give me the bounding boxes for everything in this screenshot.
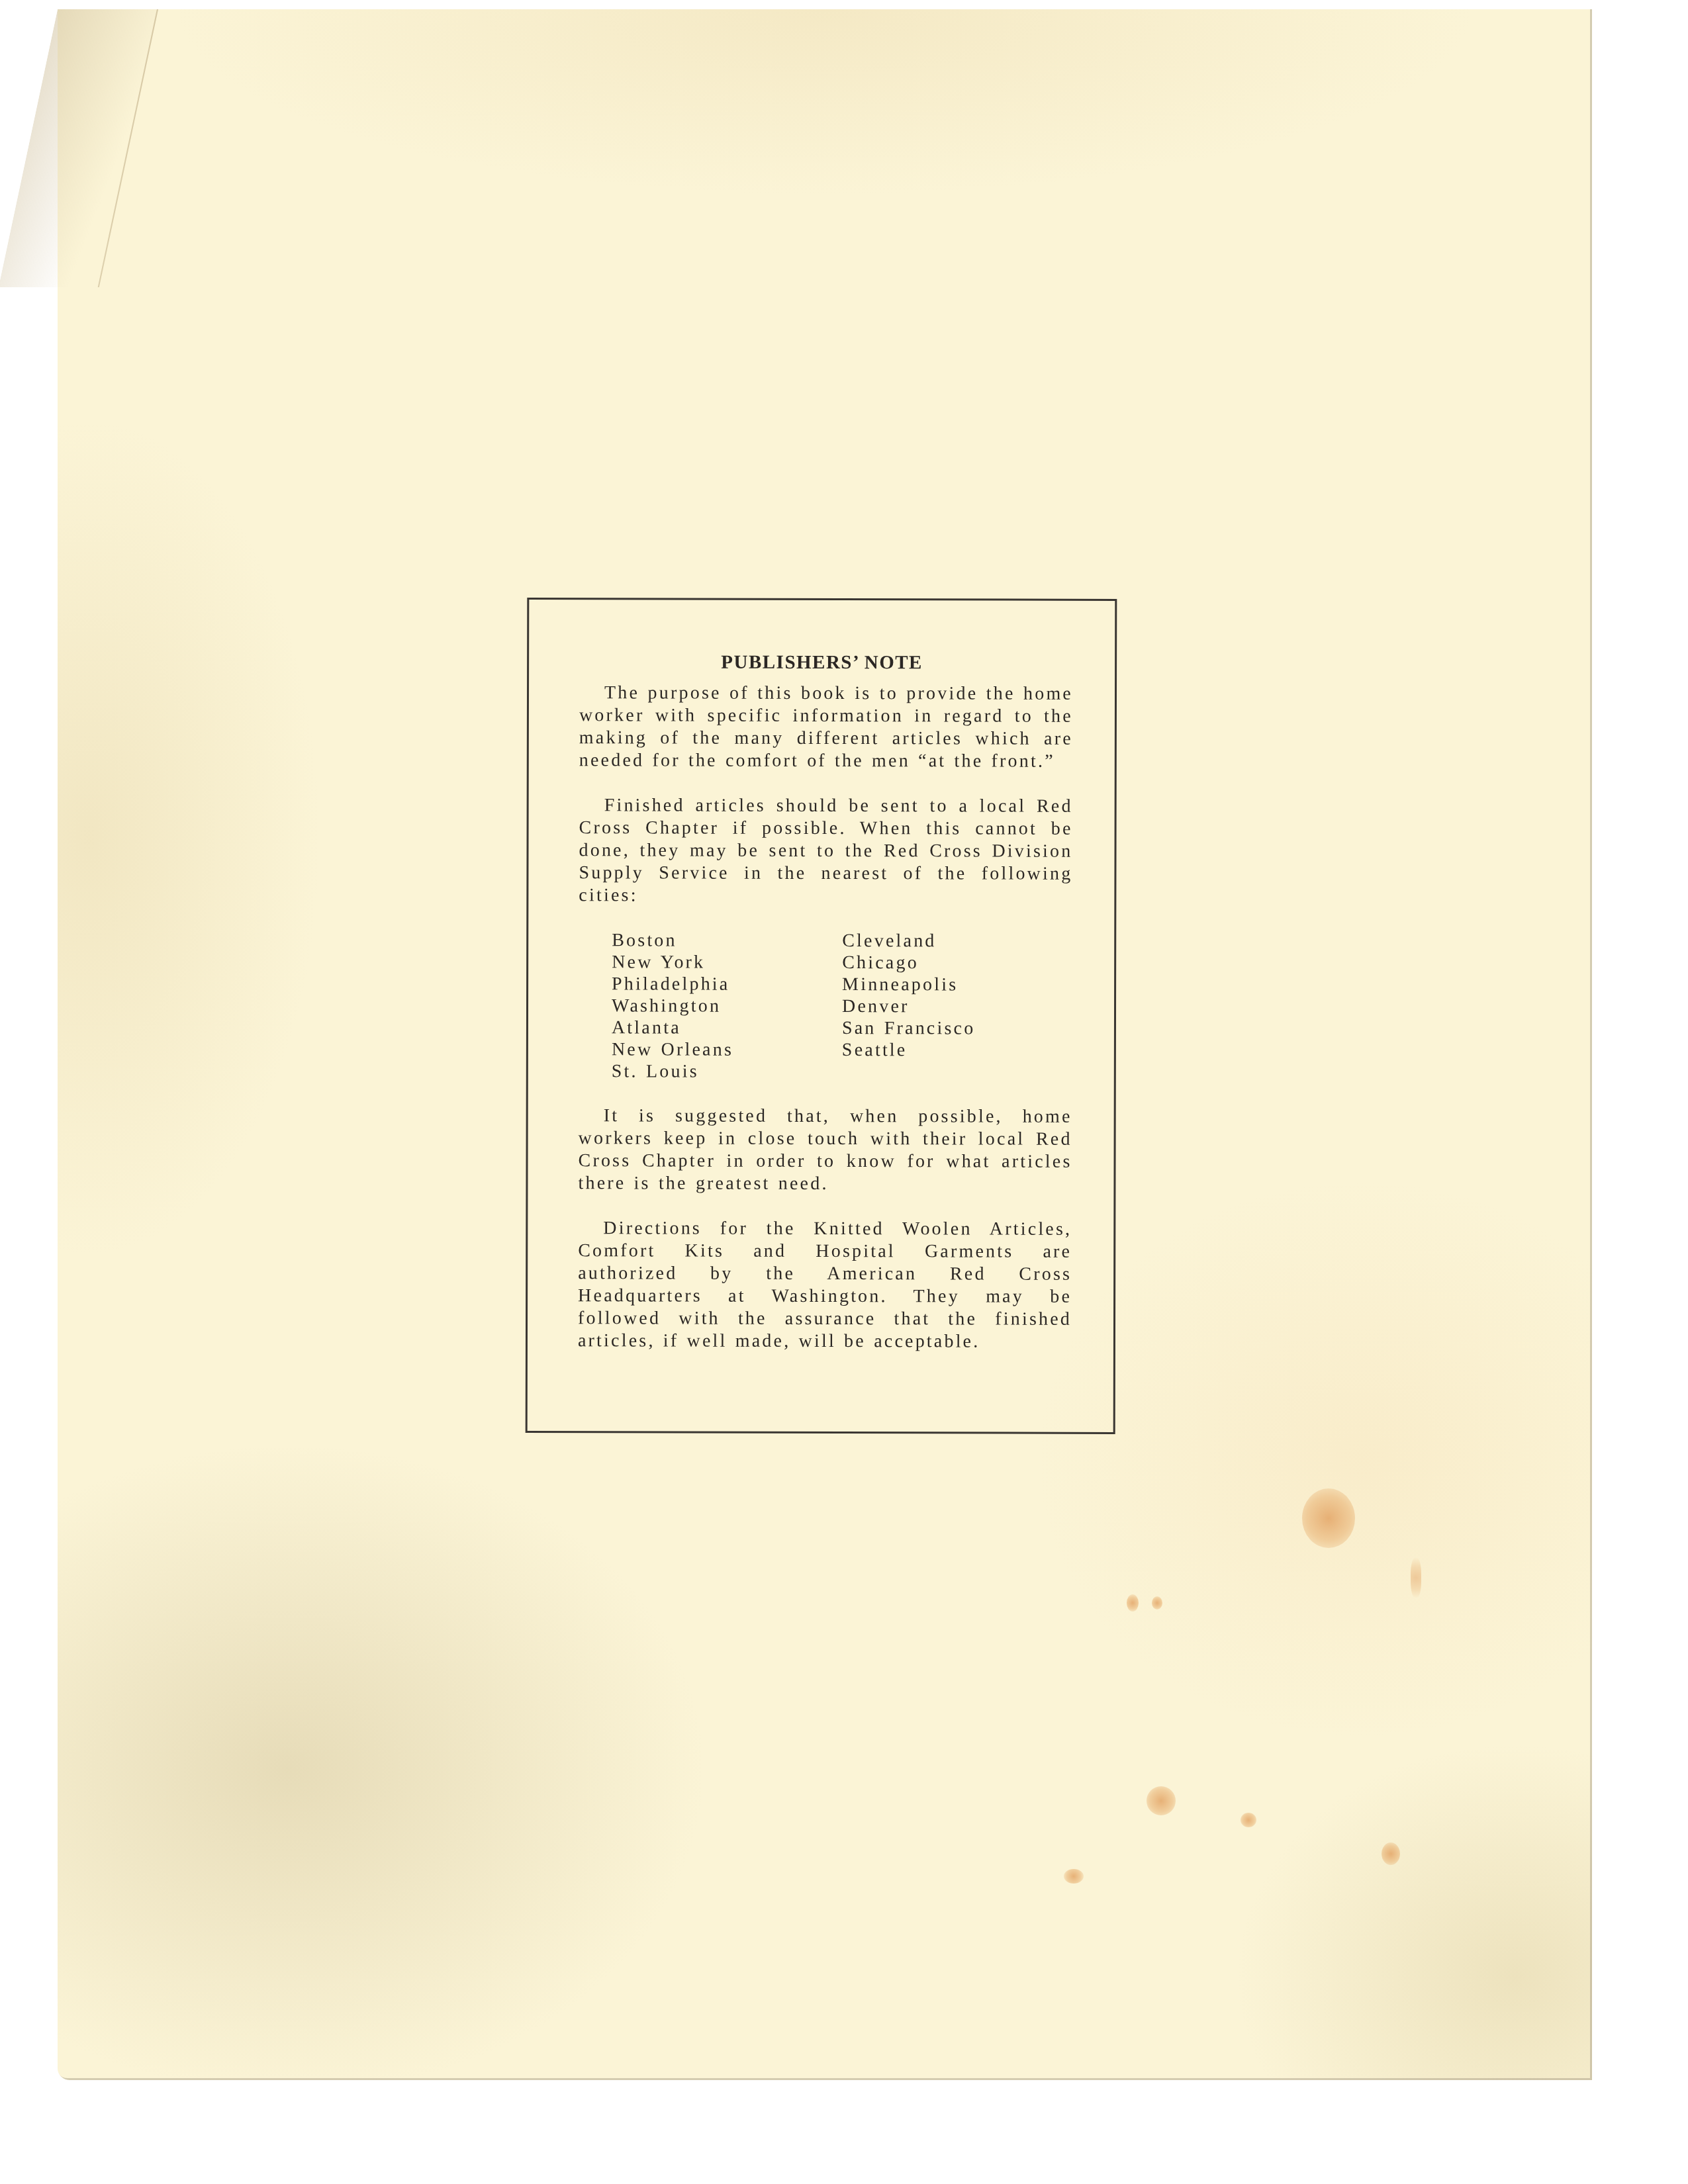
paragraph-finished-articles: Finished articles should be sent to a lo…: [579, 794, 1072, 908]
city-item: Philadelphia: [612, 973, 842, 995]
water-stain: [1127, 1594, 1139, 1612]
page-fold-crease: [0, 9, 158, 287]
water-stain: [1064, 1869, 1084, 1884]
city-item: Chicago: [842, 952, 1072, 974]
water-stain: [1382, 1843, 1400, 1865]
city-item: Cleveland: [842, 930, 1072, 952]
water-stain: [1302, 1488, 1355, 1548]
city-item: San Francisco: [842, 1017, 1072, 1040]
note-title: PUBLISHERS’ NOTE: [529, 651, 1115, 674]
water-stain: [1147, 1786, 1176, 1815]
city-list: Boston New York Philadelphia Washington …: [612, 929, 1072, 1083]
city-item: New York: [612, 951, 842, 974]
city-item: St. Louis: [612, 1060, 842, 1083]
city-item: Washington: [612, 995, 842, 1017]
city-item: Atlanta: [612, 1017, 842, 1039]
city-column-right: Cleveland Chicago Minneapolis Denver San…: [842, 930, 1072, 1083]
paragraph-suggestion: It is suggested that, when possible, hom…: [578, 1105, 1072, 1196]
publishers-note-box: PUBLISHERS’ NOTE The purpose of this boo…: [526, 598, 1117, 1434]
water-stain: [1411, 1558, 1421, 1598]
city-item: Denver: [842, 995, 1072, 1018]
water-stain: [1241, 1813, 1256, 1827]
paragraph-directions: Directions for the Knitted Woolen Articl…: [578, 1217, 1072, 1353]
water-stain: [1152, 1596, 1162, 1610]
city-item: Seattle: [842, 1039, 1072, 1062]
city-item: New Orleans: [612, 1038, 842, 1061]
note-body: The purpose of this book is to provide t…: [578, 682, 1073, 1376]
paragraph-purpose: The purpose of this book is to provide t…: [579, 682, 1073, 773]
city-column-left: Boston New York Philadelphia Washington …: [612, 929, 842, 1083]
city-item: Boston: [612, 929, 842, 952]
city-item: Minneapolis: [842, 974, 1072, 996]
